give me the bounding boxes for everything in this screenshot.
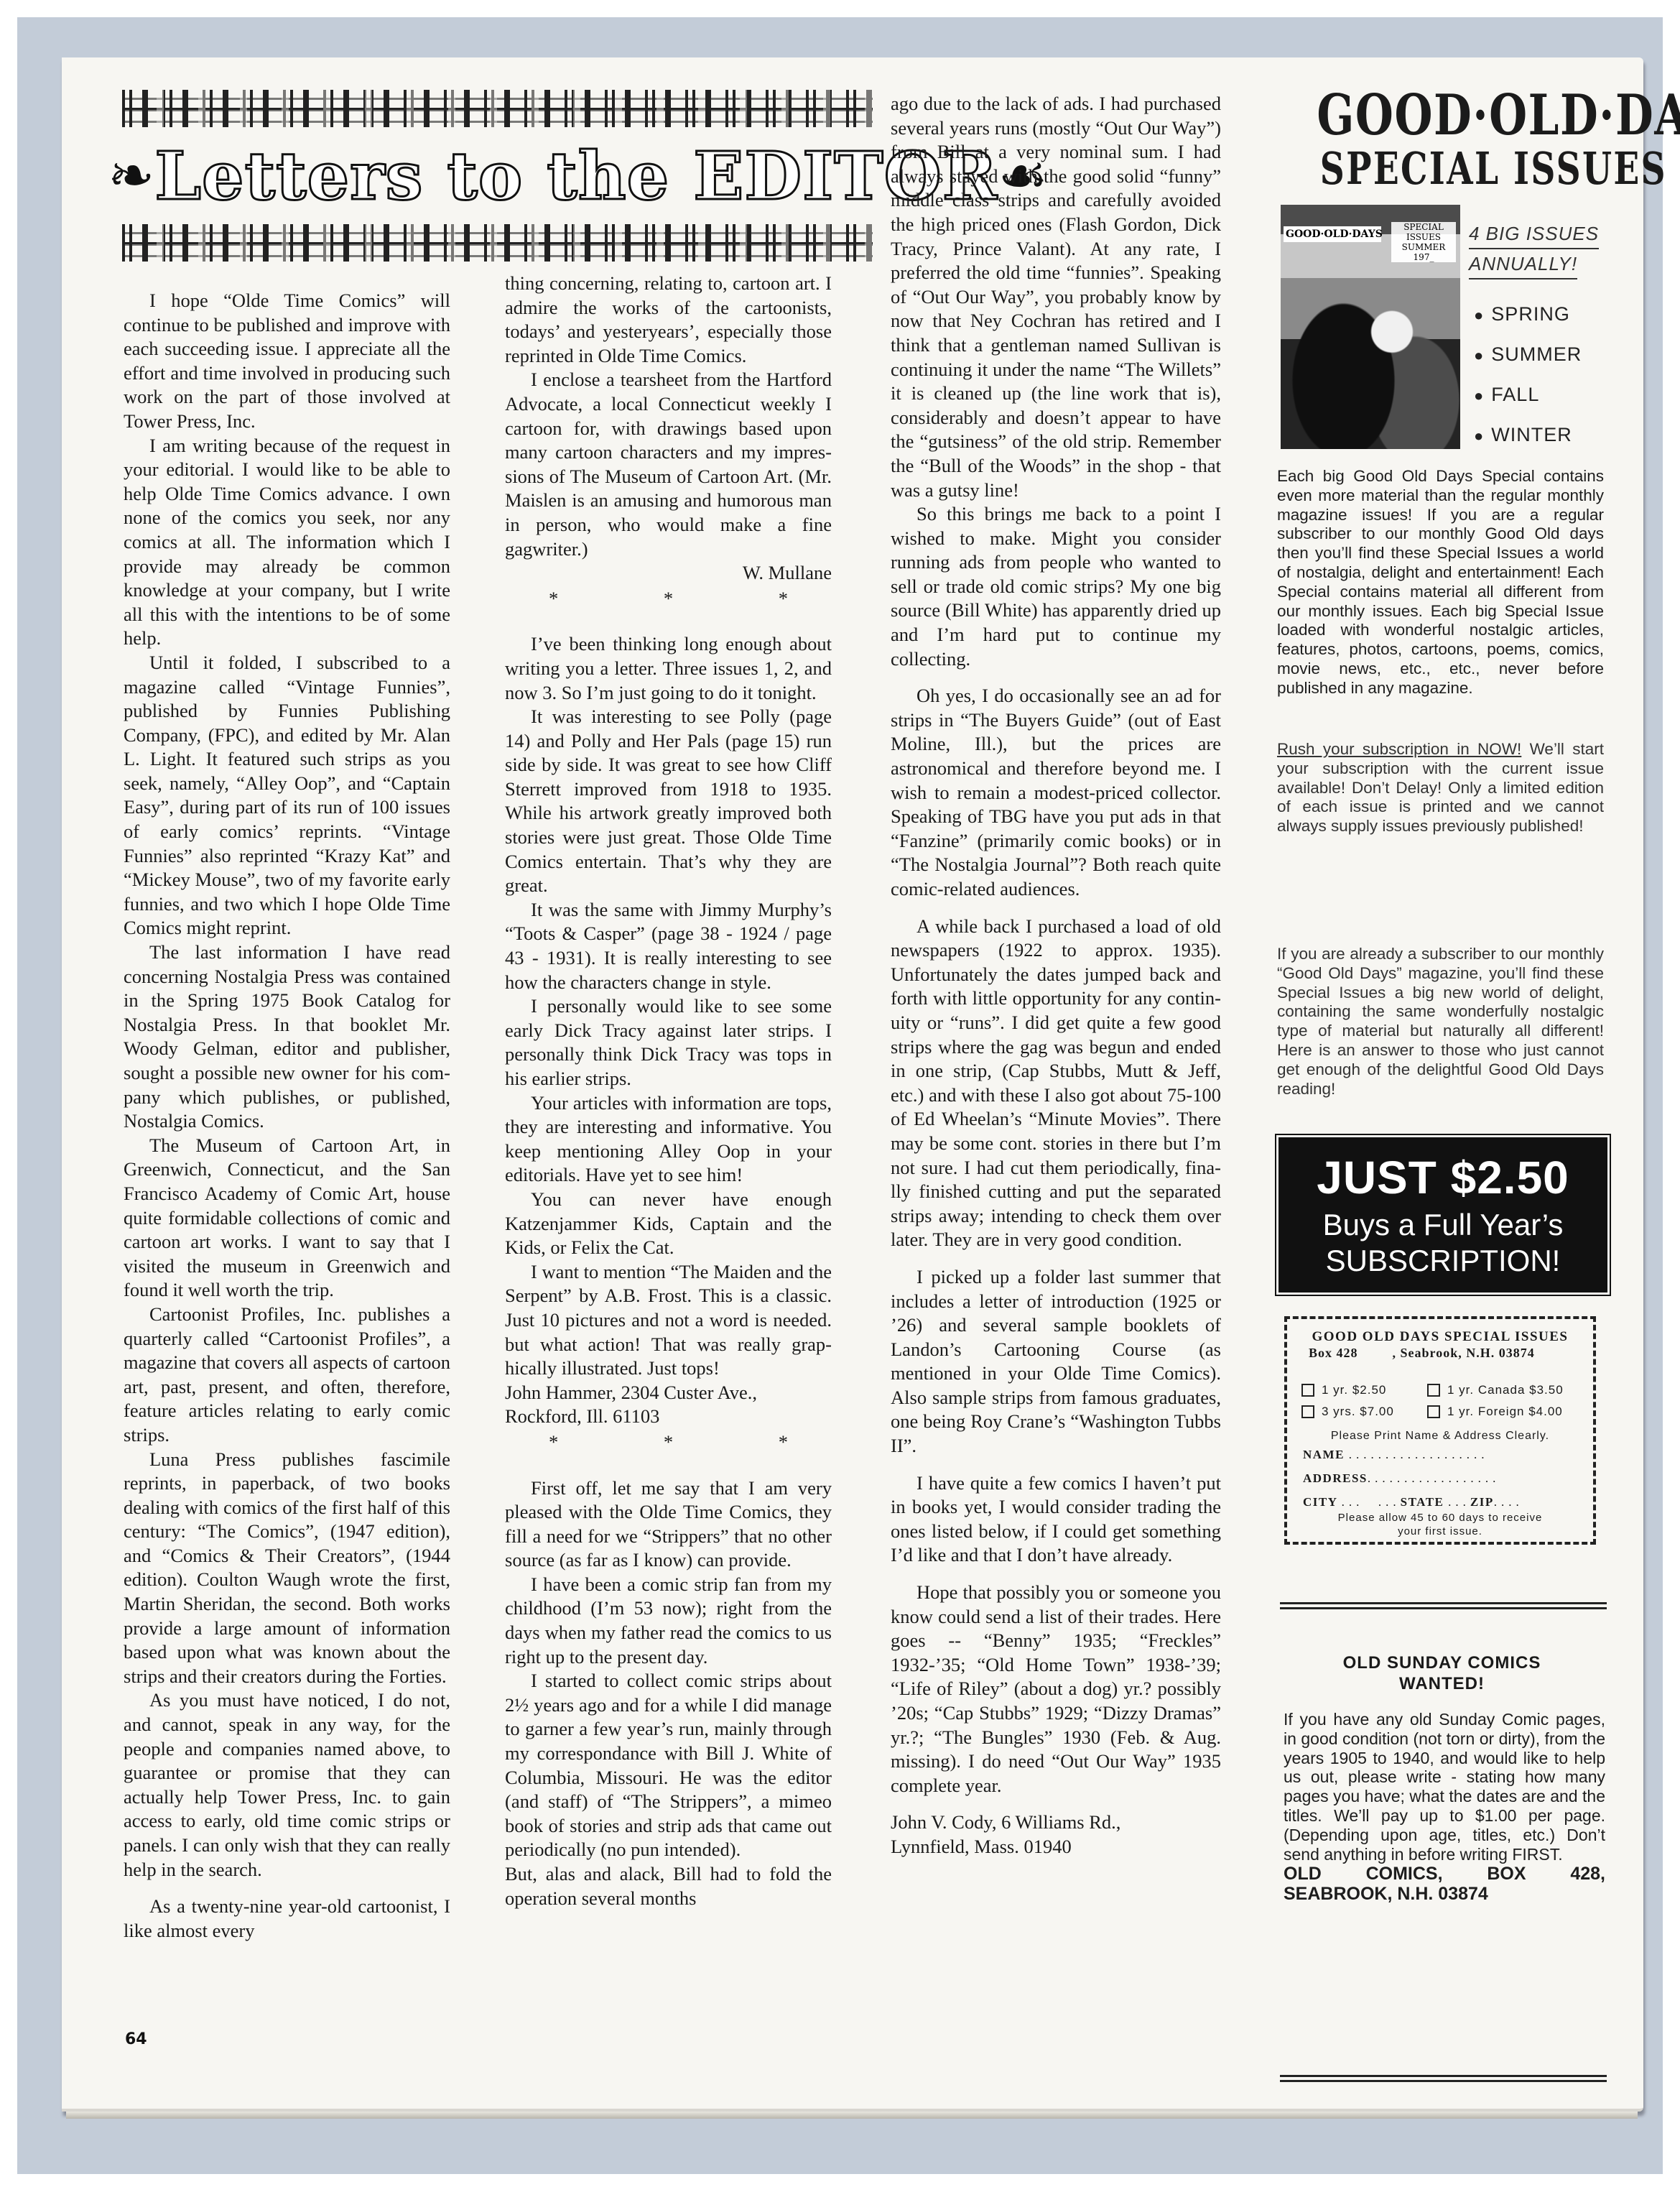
paragraph: Hope that possibly you or someone you kn…: [891, 1581, 1221, 1798]
paragraph: As you must have noticed, I do not, and …: [124, 1688, 450, 1882]
checkbox-icon[interactable]: [1301, 1405, 1314, 1418]
letters-column-3: ago due to the lack of ads. I had purcha…: [891, 92, 1221, 1859]
paragraph: It was the same with Jimmy Murphy’s “Too…: [505, 898, 832, 994]
address-label: ADDRESS: [1303, 1471, 1368, 1485]
paragraph: As a twenty-nine year-old cartoonist, I …: [124, 1895, 450, 1943]
paragraph: I have quite a few comics I haven’t put …: [891, 1471, 1221, 1568]
coupon-heading: GOOD OLD DAYS SPECIAL ISSUES: [1287, 1329, 1593, 1345]
divider-rule: [1280, 1602, 1607, 1609]
paragraph: I’ve been thinking long enough about wri…: [505, 632, 832, 705]
ornamental-border-bottom: [122, 224, 873, 262]
option-1yr-canada[interactable]: 1 yr. Canada $3.50: [1427, 1379, 1593, 1401]
coupon-instruction: Please Print Name & Address Clearly.: [1287, 1430, 1593, 1443]
paragraph: I have been a comic strip fan from my ch…: [505, 1573, 832, 1669]
zip-label: ZIP: [1470, 1495, 1494, 1509]
option-1yr[interactable]: 1 yr. $2.50: [1301, 1379, 1427, 1401]
ornamental-border-top: [122, 90, 873, 127]
ad-paragraph: If you are already a subscriber to our m…: [1277, 945, 1604, 1099]
paragraph: thing concerning, relating to, cartoon a…: [505, 272, 832, 368]
option-label: 1 yr. Foreign $4.00: [1447, 1401, 1563, 1423]
season-spring: SPRING: [1474, 295, 1582, 335]
ad-address-line-2: SEABROOK, N.H. 03874: [1284, 1884, 1605, 1904]
paragraph: I am writing because of the re­quest in …: [124, 434, 450, 651]
paragraph: Oh yes, I do occasionally see an ad for …: [891, 684, 1221, 901]
ad-address-line-1: OLD COMICS, BOX 428,: [1284, 1864, 1605, 1884]
letter-signature: John V. Cody, 6 Williams Rd.,: [891, 1811, 1221, 1835]
subscription-coupon[interactable]: GOOD OLD DAYS SPECIAL ISSUES Box 428, Se…: [1284, 1316, 1596, 1545]
good-old-days-ad-title: GOOD·OLD·DAYS SPECIAL ISSUES: [1282, 86, 1598, 193]
season-winter: WINTER: [1474, 415, 1582, 455]
paragraph: The last information I have read concern…: [124, 940, 450, 1134]
paragraph: Luna Press publishes fascimile reprints,…: [124, 1448, 450, 1689]
price-subline-1: Buys a Full Year’s: [1281, 1207, 1605, 1243]
page-title: Letters to the EDITOR: [154, 137, 998, 215]
checkbox-icon[interactable]: [1427, 1405, 1440, 1418]
issues-tagline: 4 BIG ISSUES ANNUALLY!: [1469, 219, 1605, 279]
paragraph: You can never have enough Katzenjammer K…: [505, 1188, 832, 1260]
coupon-options: 1 yr. $2.50 1 yr. Canada $3.50 3 yrs. $7…: [1301, 1379, 1593, 1423]
price-banner: JUST $2.50 Buys a Full Year’s SUBSCRIPTI…: [1278, 1137, 1607, 1292]
option-label: 1 yr. $2.50: [1322, 1379, 1386, 1401]
option-1yr-foreign[interactable]: 1 yr. Foreign $4.00: [1427, 1401, 1593, 1423]
option-label: 3 yrs. $7.00: [1322, 1401, 1394, 1423]
ad-title-line-1: GOOD·OLD·DAYS: [1317, 86, 1563, 145]
paragraph: Cartoonist Profiles, Inc. pub­lishes a q…: [124, 1303, 450, 1448]
cover-masthead: GOOD·OLD·DAYS: [1284, 226, 1381, 242]
divider-rule-bottom: [1280, 2075, 1607, 2082]
paragraph: I personally would like to see some earl…: [505, 994, 832, 1091]
paragraph: First off, let me say that I am very ple…: [505, 1476, 832, 1573]
ad-call-to-action: Rush your subscription in NOW! We’ll sta…: [1277, 740, 1604, 836]
city-label: CITY: [1303, 1495, 1337, 1509]
letter-signature: Rockford, Ill. 61103: [505, 1405, 832, 1429]
sunday-comics-ad-title: OLD SUNDAY COMICS WANTED!: [1282, 1652, 1602, 1694]
ad-title-line-2: SPECIAL ISSUES: [1320, 145, 1560, 193]
paragraph: I picked up a folder last sum­mer that i…: [891, 1265, 1221, 1458]
cover-label: SPECIAL ISSUES SUMMER 197_: [1391, 222, 1456, 262]
price-subline-2: SUBSCRIPTION!: [1281, 1243, 1605, 1279]
seasons-list: SPRING SUMMER FALL WINTER: [1474, 295, 1582, 455]
sunday-comics-ad-body: If you have any old Sunday Comic pages, …: [1284, 1710, 1605, 1904]
option-3yrs[interactable]: 3 yrs. $7.00: [1301, 1401, 1427, 1423]
coupon-city: , Seabrook, N.H. 03874: [1393, 1346, 1535, 1360]
ad-description: Each big Good Old Days Special con­tains…: [1277, 467, 1604, 698]
name-field[interactable]: NAME ...................: [1303, 1443, 1593, 1466]
paragraph: A while back I purchased a load of old n…: [891, 915, 1221, 1252]
letter-separator: * * *: [505, 1430, 832, 1455]
tagline-line-2: ANNUALLY!: [1469, 249, 1577, 279]
paragraph: Your articles with information are tops,…: [505, 1091, 832, 1188]
paragraph: I started to collect comic strips about …: [505, 1669, 832, 1862]
letter-signature: Lynnfield, Mass. 01940: [891, 1835, 1221, 1859]
paragraph: But, alas and alack, Bill had to fold th…: [505, 1862, 832, 1910]
paragraph: I hope “Olde Time Comics” will continue …: [124, 289, 450, 434]
delivery-note-line-2: your first issue.: [1287, 1525, 1593, 1538]
page-number: 64: [125, 2030, 147, 2048]
letters-header: ❧ Letters to the EDITOR ☙: [108, 137, 891, 216]
checkbox-icon[interactable]: [1427, 1384, 1440, 1397]
coupon-box-number: Box 428: [1309, 1346, 1358, 1360]
state-label: STATE: [1401, 1495, 1444, 1509]
letter-separator: * * *: [505, 587, 832, 611]
wanted-title-line-1: OLD SUNDAY COMICS: [1282, 1652, 1602, 1673]
paragraph: It was interesting to see Polly (page 14…: [505, 705, 832, 898]
price-headline: JUST $2.50: [1281, 1148, 1605, 1207]
season-fall: FALL: [1474, 375, 1582, 415]
season-summer: SUMMER: [1474, 335, 1582, 375]
letters-column-1: I hope “Olde Time Comics” will continue …: [124, 289, 450, 1943]
paragraph: ago due to the lack of ads. I had purcha…: [891, 92, 1221, 502]
letter-signature: W. Mullane: [505, 561, 832, 586]
ad-paragraph: If you have any old Sunday Comic pages, …: [1284, 1710, 1605, 1864]
paragraph: The Museum of Cartoon Art, in Greenwich,…: [124, 1134, 450, 1303]
ad-subscriber-note: If you are already a subscriber to our m…: [1277, 945, 1604, 1099]
letter-signature: John Hammer, 2304 Custer Ave.,: [505, 1381, 832, 1405]
flourish-left-icon: ❧: [108, 148, 154, 204]
name-label: NAME: [1303, 1448, 1345, 1461]
tagline-line-1: 4 BIG ISSUES: [1469, 219, 1599, 249]
option-label: 1 yr. Canada $3.50: [1447, 1379, 1564, 1401]
delivery-note: Please allow 45 to 60 days to receive yo…: [1287, 1511, 1593, 1538]
paragraph: I want to mention “The Maiden and the Se…: [505, 1260, 832, 1381]
checkbox-icon[interactable]: [1301, 1384, 1314, 1397]
wanted-title-line-2: WANTED!: [1282, 1673, 1602, 1694]
ad-paragraph: Each big Good Old Days Special con­tains…: [1277, 467, 1604, 698]
coupon-address: Box 428, Seabrook, N.H. 03874: [1309, 1345, 1593, 1361]
letters-column-2: thing concerning, relating to, cartoon a…: [505, 272, 832, 1910]
paragraph: Until it folded, I subscribed to a magaz…: [124, 651, 450, 940]
magazine-cover-image: GOOD·OLD·DAYS SPECIAL ISSUES SUMMER 197_: [1281, 205, 1460, 449]
paragraph: So this brings me back to a point I wish…: [891, 502, 1221, 671]
paragraph: I enclose a tearsheet from the Hartford …: [505, 368, 832, 561]
rush-subscription-text: Rush your subscription in NOW!: [1277, 740, 1521, 758]
address-field[interactable]: ADDRESS..................: [1303, 1466, 1593, 1490]
